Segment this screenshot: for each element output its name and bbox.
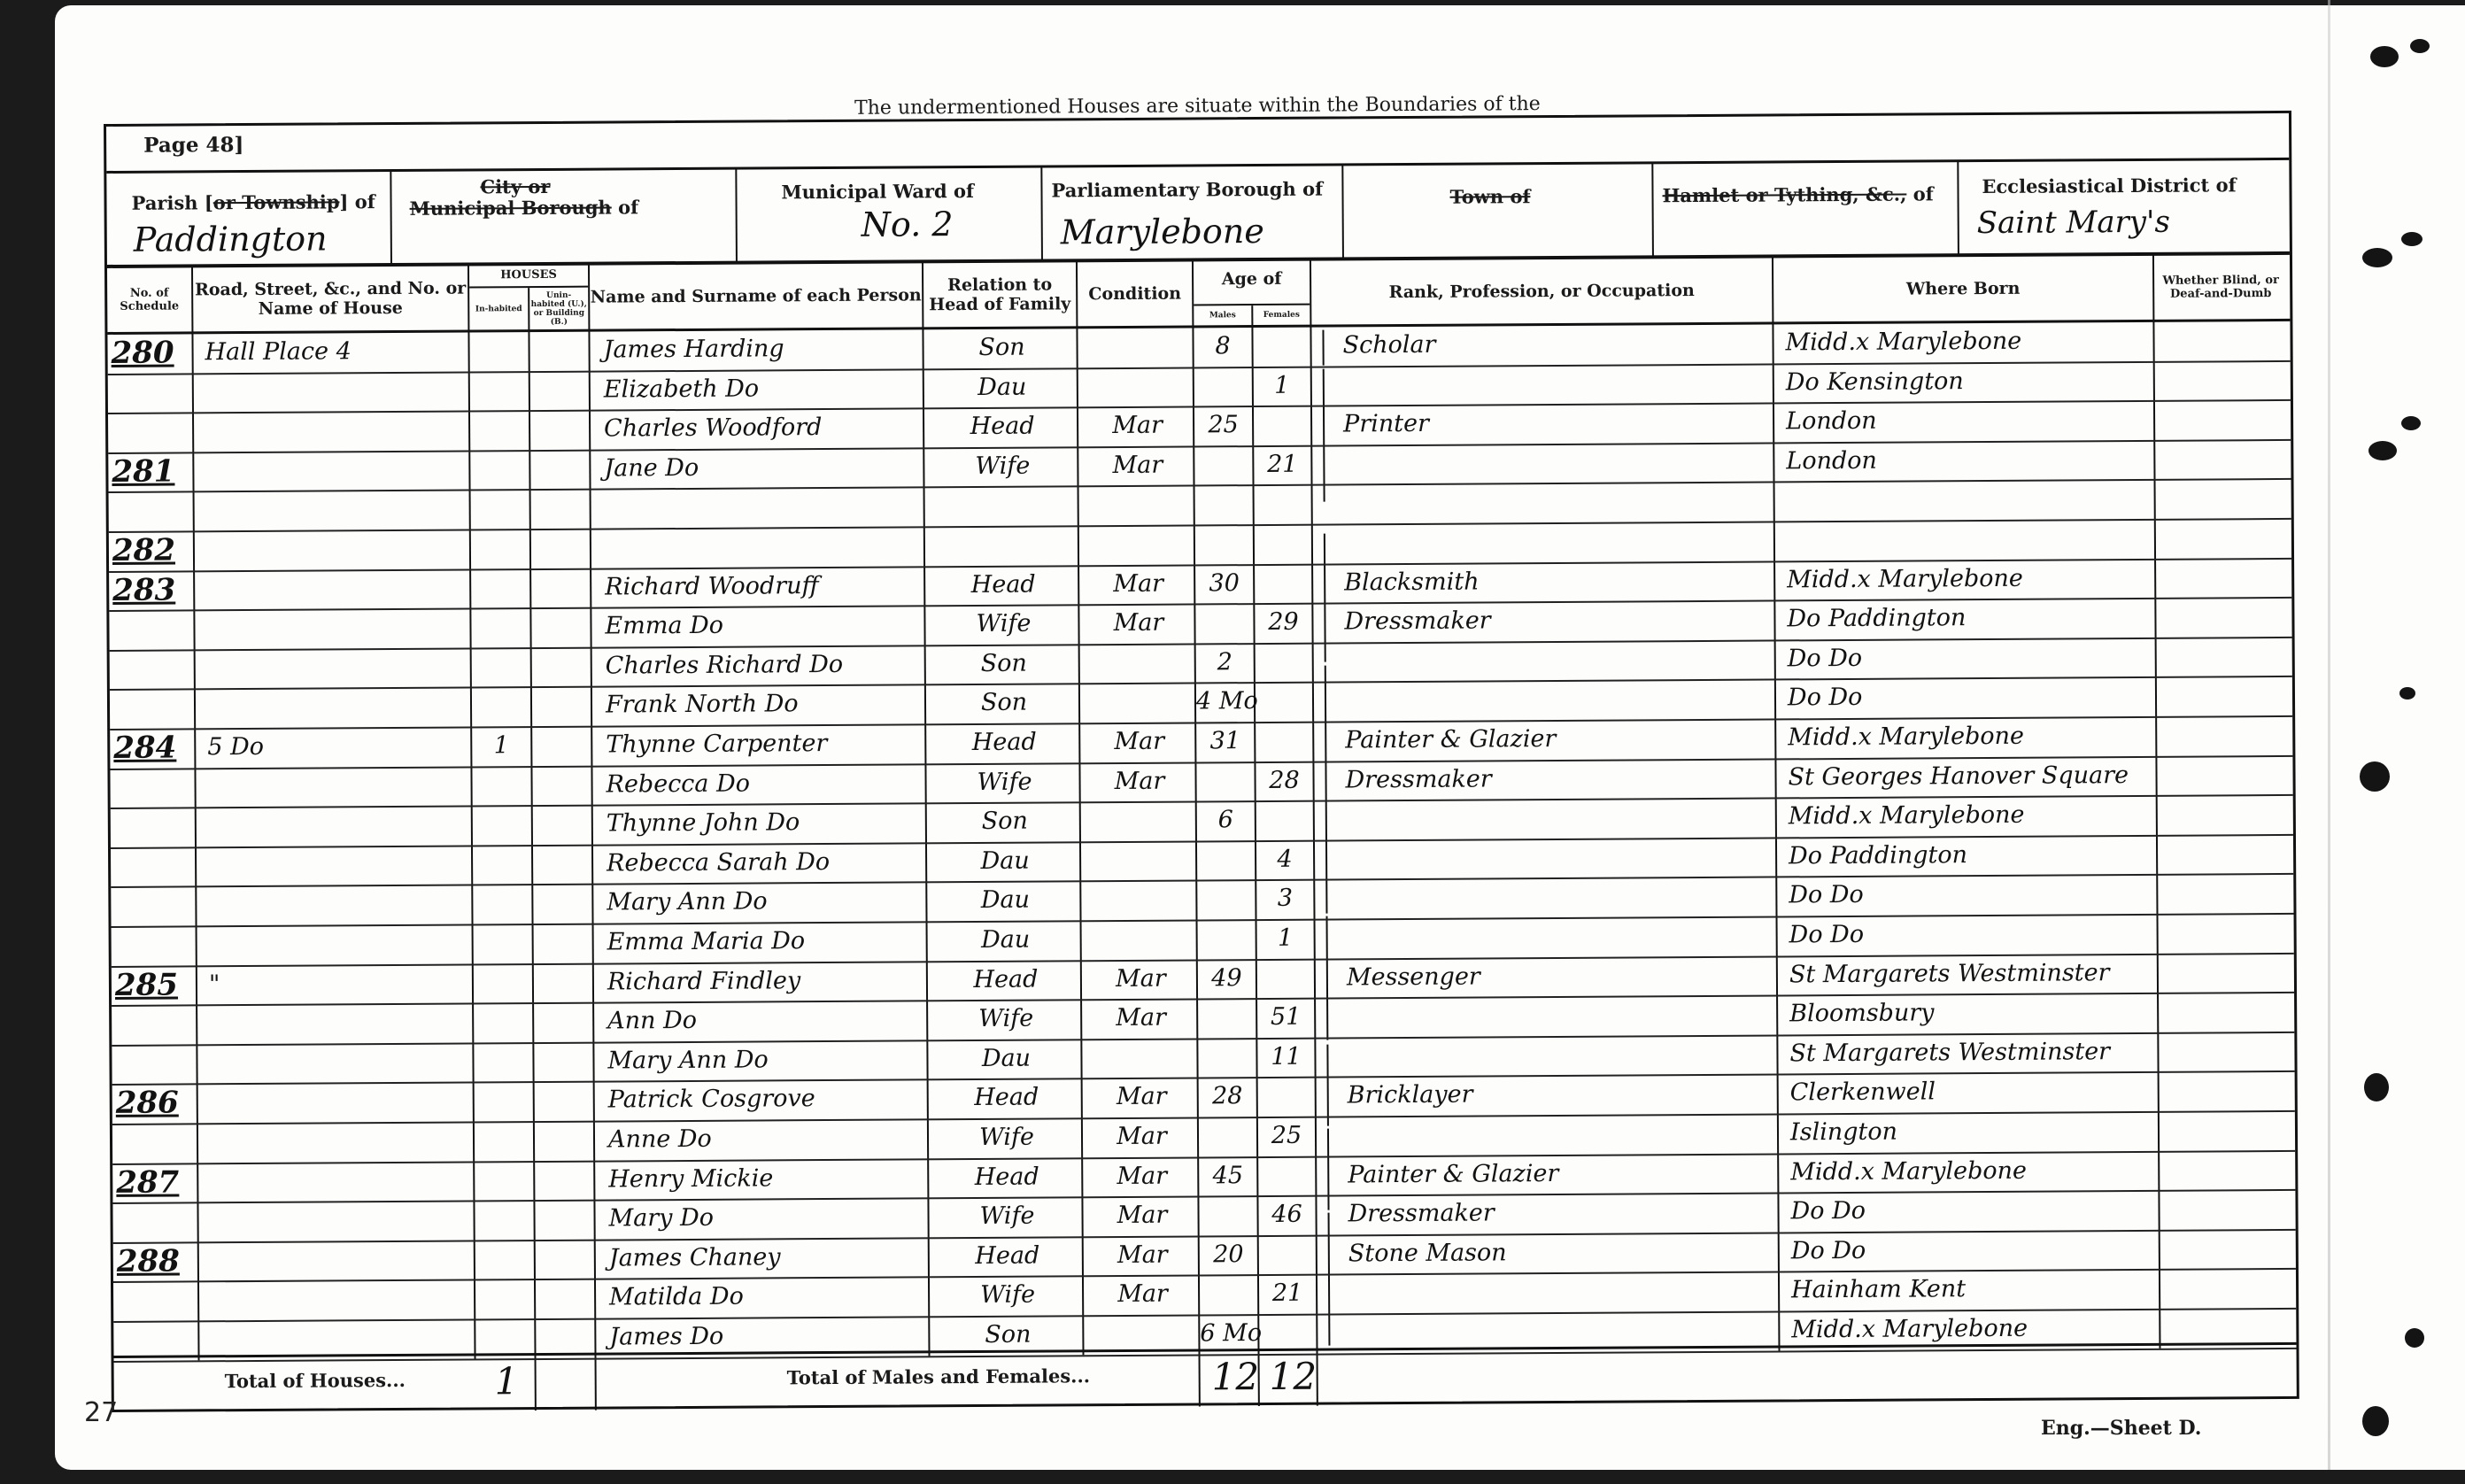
age-female: 4: [1256, 839, 1313, 879]
road-address: Hall Place 4: [205, 332, 461, 373]
hamlet-cell: Hamlet or Tything, &c., of: [1653, 163, 1955, 257]
age-female: 11: [1257, 1037, 1314, 1077]
birthplace: Hainham Kent: [1791, 1269, 2159, 1310]
person-name: Ann Do: [607, 1001, 926, 1042]
age-female: [1256, 642, 1312, 682]
marital-condition: Mar: [1086, 1078, 1197, 1117]
header-blind: Whether Blind, or Deaf-and-Dumb: [2154, 255, 2287, 320]
marital-condition: [1085, 840, 1195, 880]
road-address: 5 Do: [207, 727, 464, 768]
binding-hole: [2368, 441, 2397, 460]
page-number: Page 48]: [143, 133, 243, 158]
age-female: [1255, 484, 1311, 524]
occupation: Blacksmith: [1344, 560, 1769, 603]
parish-cell: Parish [or Township] of Paddington: [106, 173, 390, 267]
header-uninhabited: Unin-habited (U.), or Building (B.): [529, 289, 588, 329]
age-female: 46: [1258, 1195, 1315, 1235]
person-name: Richard Woodruff: [605, 566, 923, 607]
houses-inhabited: [473, 845, 531, 885]
road-address: [210, 1082, 467, 1123]
schedule-number: [113, 649, 193, 689]
age-male: 6: [1197, 800, 1255, 840]
age-male: 20: [1200, 1235, 1257, 1275]
road-address: [206, 529, 463, 570]
header-condition: Condition: [1078, 261, 1192, 326]
binding-hole: [2364, 1073, 2389, 1101]
road-address: [207, 766, 464, 807]
person-name: Jane Do: [604, 447, 923, 489]
relation-to-head: Wife: [936, 1196, 1078, 1237]
road-address: [206, 608, 463, 649]
age-male: [1194, 445, 1252, 485]
age-female: [1256, 682, 1312, 722]
road-address: [208, 885, 465, 925]
houses-inhabited: [475, 1121, 533, 1161]
schedule-number: [113, 768, 193, 808]
person-name: Richard Findley: [607, 961, 926, 1002]
person-name: Matilda Do: [609, 1277, 928, 1318]
houses-inhabited: [470, 410, 529, 450]
birthplace: Do Kensington: [1786, 360, 2153, 402]
person-name: [605, 526, 923, 568]
occupation: [1344, 522, 1769, 564]
relation-to-head: Wife: [935, 999, 1077, 1040]
age-female: 29: [1255, 603, 1311, 643]
schedule-number: 287: [116, 1163, 196, 1202]
relation-to-head: Dau: [934, 881, 1076, 922]
houses-inhabited: [472, 686, 530, 726]
schedule-number: 281: [112, 452, 191, 491]
occupation: [1343, 442, 1768, 484]
birthplace: Midd.x Marylebone: [1785, 321, 2152, 363]
binding-hole: [2410, 39, 2430, 53]
binding-hole: [2362, 1406, 2389, 1436]
marital-condition: [1085, 880, 1195, 920]
relation-to-head: Head: [933, 723, 1075, 763]
occupation: [1344, 482, 1769, 524]
header-occupation: Rank, Profession, or Occupation: [1311, 258, 1772, 324]
person-name: Elizabeth Do: [604, 368, 923, 410]
age-female: 21: [1259, 1274, 1316, 1314]
birthplace: Midd.x Marylebone: [1787, 558, 2154, 599]
city-cell: City or Municipal Borough of: [391, 171, 729, 265]
occupation: Painter & Glazier: [1348, 1153, 1773, 1195]
marital-condition: [1086, 919, 1196, 959]
header-schedule: No. of Schedule: [107, 267, 191, 332]
occupation: Bricklayer: [1348, 1074, 1773, 1117]
age-male: [1198, 998, 1256, 1038]
person-name: Charles Woodford: [604, 408, 923, 450]
age-male: 49: [1198, 959, 1256, 999]
road-address: [211, 1279, 467, 1320]
schedule-number: 288: [117, 1241, 197, 1281]
schedule-number: 280: [111, 333, 190, 373]
occupation: [1348, 1271, 1773, 1314]
birthplace: London: [1786, 400, 2153, 442]
age-female: [1255, 524, 1311, 564]
occupation: Dressmaker: [1348, 1193, 1773, 1235]
houses-inhabited: [475, 1279, 534, 1318]
age-female: [1256, 800, 1313, 840]
person-name: Emma Maria Do: [607, 921, 926, 962]
relation-to-head: Wife: [932, 605, 1074, 645]
birthplace: Do Paddington: [1789, 835, 2156, 877]
marital-condition: Mar: [1082, 445, 1193, 485]
marital-condition: Mar: [1086, 1117, 1197, 1156]
schedule-number: [112, 491, 192, 531]
header-road: Road, Street, &c., and No. or Name of Ho…: [193, 266, 467, 331]
road-address: [205, 371, 462, 412]
header-females: Females: [1253, 305, 1310, 325]
ecclesiastical-value: Saint Mary's: [1977, 205, 2170, 241]
birthplace: Clerkenwell: [1790, 1071, 2158, 1113]
birthplace: Do Do: [1791, 1230, 2159, 1271]
occupation: [1348, 1114, 1773, 1156]
parliamentary-value: Marylebone: [1061, 212, 1264, 251]
occupation: [1347, 1034, 1772, 1077]
houses-inhabited: [473, 884, 531, 924]
occupation: Stone Mason: [1348, 1232, 1773, 1274]
schedule-number: 285: [115, 965, 195, 1005]
road-address: [206, 490, 463, 530]
age-male: 4 Mo: [1196, 682, 1254, 722]
occupation: [1347, 916, 1772, 959]
road-address: [208, 806, 465, 846]
birthplace: [1787, 519, 2154, 560]
relation-to-head: Head: [935, 960, 1077, 1001]
birthplace: Midd.x Marylebone: [1788, 716, 2155, 758]
person-name: James Harding: [603, 328, 922, 370]
houses-inhabited: [475, 1200, 533, 1240]
person-name: Thynne Carpenter: [606, 723, 924, 765]
age-female: [1258, 1077, 1315, 1117]
binding-hole: [2399, 687, 2415, 699]
occupation: [1345, 639, 1770, 682]
houses-inhabited: [471, 489, 529, 529]
marital-condition: Mar: [1084, 761, 1194, 801]
town-cell: Town of: [1343, 165, 1650, 259]
person-name: Emma Do: [605, 606, 923, 647]
person-name: Patrick Cosgrove: [608, 1079, 927, 1121]
houses-inhabited: [474, 1042, 532, 1082]
houses-inhabited: [475, 1240, 534, 1279]
age-female: [1253, 327, 1310, 367]
marital-condition: Mar: [1083, 604, 1194, 644]
age-male: [1200, 1274, 1257, 1314]
parliamentary-cell: Parliamentary Borough of Marylebone: [1042, 166, 1340, 260]
age-female: 51: [1257, 998, 1314, 1038]
houses-inhabited: [471, 607, 529, 647]
houses-inhabited: [472, 766, 530, 806]
relation-to-head: Wife: [931, 446, 1073, 487]
age-female: [1259, 1234, 1316, 1274]
age-male: 28: [1199, 1077, 1256, 1117]
relation-to-head: Wife: [936, 1117, 1078, 1158]
birthplace: Islington: [1790, 1111, 2158, 1153]
marital-condition: Mar: [1082, 406, 1193, 446]
schedule-number: [117, 1281, 197, 1321]
birthplace: Do Do: [1789, 874, 2156, 916]
road-address: [207, 687, 464, 728]
houses-inhabited: [470, 450, 529, 490]
occupation: [1346, 837, 1771, 879]
relation-to-head: Head: [937, 1236, 1078, 1277]
age-male: 8: [1194, 327, 1251, 367]
header-inhabited: In-habited: [469, 289, 528, 329]
occupation: [1347, 995, 1772, 1038]
total-houses-inhabited: 1: [495, 1356, 519, 1407]
age-male: [1196, 761, 1254, 801]
houses-inhabited: [469, 331, 528, 371]
age-female: [1254, 406, 1310, 445]
relation-to-head: Son: [933, 684, 1075, 724]
schedule-number: [116, 1202, 196, 1242]
margin-page-number: 27: [84, 1397, 118, 1428]
header-houses: HOUSES: [469, 266, 588, 284]
age-male: [1199, 1195, 1256, 1235]
relation-to-head: [932, 486, 1074, 527]
person-name: Henry Mickie: [608, 1158, 927, 1200]
total-females: 12: [1269, 1351, 1317, 1403]
age-female: 21: [1254, 444, 1310, 484]
relation-to-head: Dau: [935, 920, 1077, 961]
schedule-number: 283: [112, 570, 192, 610]
houses-inhabited: [475, 1161, 533, 1201]
age-male: [1198, 1038, 1256, 1078]
birthplace: Do Paddington: [1787, 598, 2154, 639]
birthplace: Do Do: [1788, 676, 2155, 718]
age-female: [1256, 722, 1312, 761]
person-name: Mary Do: [608, 1198, 927, 1240]
schedule-number: 282: [112, 530, 192, 570]
houses-inhabited: [474, 963, 532, 1003]
schedule-number: [114, 846, 194, 886]
age-male: 25: [1194, 406, 1252, 445]
schedule-number: [112, 610, 192, 650]
person-name: Rebecca Sarah Do: [607, 842, 925, 884]
road-address: [205, 450, 462, 491]
birthplace: Do Do: [1789, 914, 2156, 955]
binding-hole: [2401, 232, 2422, 246]
houses-inhabited: [474, 924, 532, 963]
header-males: Males: [1194, 305, 1251, 325]
age-male: 31: [1196, 722, 1254, 761]
binding-hole: [2405, 1328, 2424, 1348]
schedule-number: [115, 1005, 195, 1045]
age-male: 2: [1196, 643, 1254, 683]
schedule-number: [115, 925, 195, 965]
relation-to-head: Head: [936, 1078, 1078, 1119]
age-male: [1199, 1117, 1256, 1156]
age-male: 45: [1199, 1156, 1256, 1196]
schedule-number: [113, 689, 193, 729]
birthplace: Midd.x Marylebone: [1789, 795, 2156, 837]
road-address: [208, 845, 465, 885]
relation-to-head: [932, 525, 1074, 566]
schedule-number: [114, 886, 194, 926]
road-address: [207, 647, 464, 688]
road-address: [210, 1161, 467, 1202]
birthplace: St Margarets Westminster: [1789, 1032, 2157, 1074]
schedule-number: [116, 1123, 196, 1163]
header-name: Name and Surname of each Person: [590, 263, 922, 328]
houses-inhabited: [471, 568, 529, 608]
marital-condition: Mar: [1086, 999, 1196, 1039]
birthplace: Bloomsbury: [1789, 993, 2157, 1034]
marital-condition: [1083, 485, 1194, 525]
binding-hole: [2401, 416, 2421, 430]
occupation: Messenger: [1347, 955, 1772, 998]
houses-inhabited: [471, 529, 529, 568]
road-address: [211, 1240, 467, 1280]
road-address: [206, 568, 463, 609]
road-address: [209, 1003, 466, 1044]
age-male: 30: [1195, 564, 1253, 604]
birthplace: London: [1786, 440, 2153, 482]
person-name: Thynne John Do: [607, 803, 925, 845]
person-name: Mary Ann Do: [607, 1040, 926, 1081]
schedule-number: [112, 373, 191, 413]
person-name: Charles Richard Do: [606, 645, 924, 686]
occupation: [1343, 363, 1768, 406]
ward-value: No. 2: [862, 205, 954, 244]
binding-hole: [2362, 248, 2392, 267]
relation-to-head: Son: [933, 644, 1075, 684]
age-male: [1194, 367, 1252, 406]
marital-condition: Mar: [1087, 1275, 1198, 1315]
occupation: Dressmaker: [1345, 758, 1770, 800]
relation-to-head: Son: [931, 328, 1072, 368]
birthplace: Midd.x Marylebone: [1790, 1150, 2158, 1192]
age-female: [1255, 563, 1311, 603]
road-address: ": [209, 963, 466, 1004]
person-name: [605, 487, 923, 529]
marital-condition: Mar: [1086, 1156, 1197, 1196]
relation-to-head: Wife: [933, 762, 1075, 803]
road-address: [210, 1122, 467, 1163]
schedule-number: [112, 413, 191, 452]
schedule-number: 286: [116, 1084, 196, 1124]
road-address: [209, 1042, 466, 1083]
marital-condition: Mar: [1084, 722, 1194, 761]
person-name: Mary Ann Do: [607, 882, 925, 924]
marital-condition: Mar: [1087, 1235, 1198, 1275]
binding-hole: [2370, 46, 2399, 67]
occupation: Dressmaker: [1344, 600, 1769, 643]
age-male: [1195, 603, 1253, 643]
relation-to-head: Wife: [937, 1276, 1078, 1317]
occupation: Painter & Glazier: [1345, 719, 1770, 761]
header-where-born: Where Born: [1773, 256, 2152, 322]
age-male: [1195, 524, 1253, 564]
occupation: [1346, 798, 1771, 840]
marital-condition: [1081, 327, 1192, 367]
birthplace: Do Do: [1788, 638, 2155, 679]
marital-condition: [1084, 683, 1194, 723]
relation-to-head: Dau: [931, 367, 1073, 408]
age-female: [1257, 958, 1314, 998]
age-male: [1198, 919, 1256, 959]
houses-inhabited: [475, 1081, 533, 1121]
sheet-identifier: Eng.—Sheet D.: [2041, 1417, 2201, 1440]
age-female: 3: [1256, 879, 1313, 919]
occupation: Printer: [1343, 403, 1768, 445]
age-female: 25: [1258, 1117, 1315, 1156]
birthplace: Do Do: [1790, 1190, 2158, 1232]
relation-to-head: Son: [934, 801, 1076, 842]
ward-cell: Municipal Ward of No. 2: [737, 169, 1039, 263]
page-crease: [2328, 0, 2330, 1470]
houses-inhabited: [470, 371, 529, 411]
schedule-number: 284: [113, 728, 193, 768]
occupation: [1345, 679, 1770, 722]
houses-inhabited: 1: [472, 726, 530, 766]
houses-inhabited: [473, 805, 531, 845]
census-form: The undermentioned Houses are situate wi…: [104, 111, 2299, 1412]
person-name: Anne Do: [608, 1118, 927, 1160]
occupation: Scholar: [1342, 324, 1767, 367]
occupation: [1346, 877, 1771, 919]
marital-condition: [1085, 801, 1195, 841]
age-female: 28: [1256, 761, 1312, 800]
age-male: [1195, 484, 1253, 524]
birthplace: St Margarets Westminster: [1789, 953, 2157, 994]
marital-condition: [1082, 367, 1193, 406]
houses-inhabited: [472, 647, 530, 687]
road-address: [205, 411, 462, 452]
relation-to-head: Dau: [934, 841, 1076, 882]
schedule-number: [114, 808, 194, 847]
relation-to-head: Dau: [935, 1039, 1077, 1079]
header-relation: Relation to Head of Family: [923, 262, 1076, 327]
birthplace: St Georges Hanover Square: [1788, 755, 2155, 797]
relation-to-head: Head: [936, 1157, 1078, 1198]
header-age: Age of: [1194, 261, 1310, 298]
age-male: [1197, 879, 1255, 919]
houses-inhabited: [474, 1002, 532, 1042]
parish-value: Paddington: [134, 219, 328, 259]
age-male: [1197, 840, 1255, 880]
marital-condition: Mar: [1083, 564, 1194, 604]
relation-to-head: Head: [931, 407, 1073, 448]
marital-condition: Mar: [1086, 959, 1196, 999]
schedule-number: [115, 1044, 195, 1084]
ecclesiastical-cell: Ecclesiastical District of Saint Mary's: [1959, 161, 2287, 255]
marital-condition: [1084, 643, 1194, 683]
road-address: [209, 924, 466, 965]
marital-condition: [1083, 524, 1194, 564]
birthplace: [1787, 479, 2154, 521]
marital-condition: Mar: [1086, 1196, 1197, 1236]
binding-hole: [2360, 761, 2390, 792]
road-address: [210, 1201, 467, 1241]
total-males: 12: [1211, 1351, 1259, 1403]
total-persons-label: Total of Males and Females...: [787, 1364, 1091, 1388]
age-female: 1: [1254, 366, 1310, 406]
person-name: Rebecca Do: [606, 763, 924, 805]
marital-condition: [1086, 1038, 1196, 1078]
age-female: [1258, 1156, 1315, 1195]
person-name: Frank North Do: [606, 684, 924, 726]
person-name: James Chaney: [609, 1237, 928, 1279]
relation-to-head: Head: [932, 565, 1074, 606]
age-female: 1: [1257, 919, 1314, 959]
total-houses-label: Total of Houses...: [225, 1369, 406, 1392]
